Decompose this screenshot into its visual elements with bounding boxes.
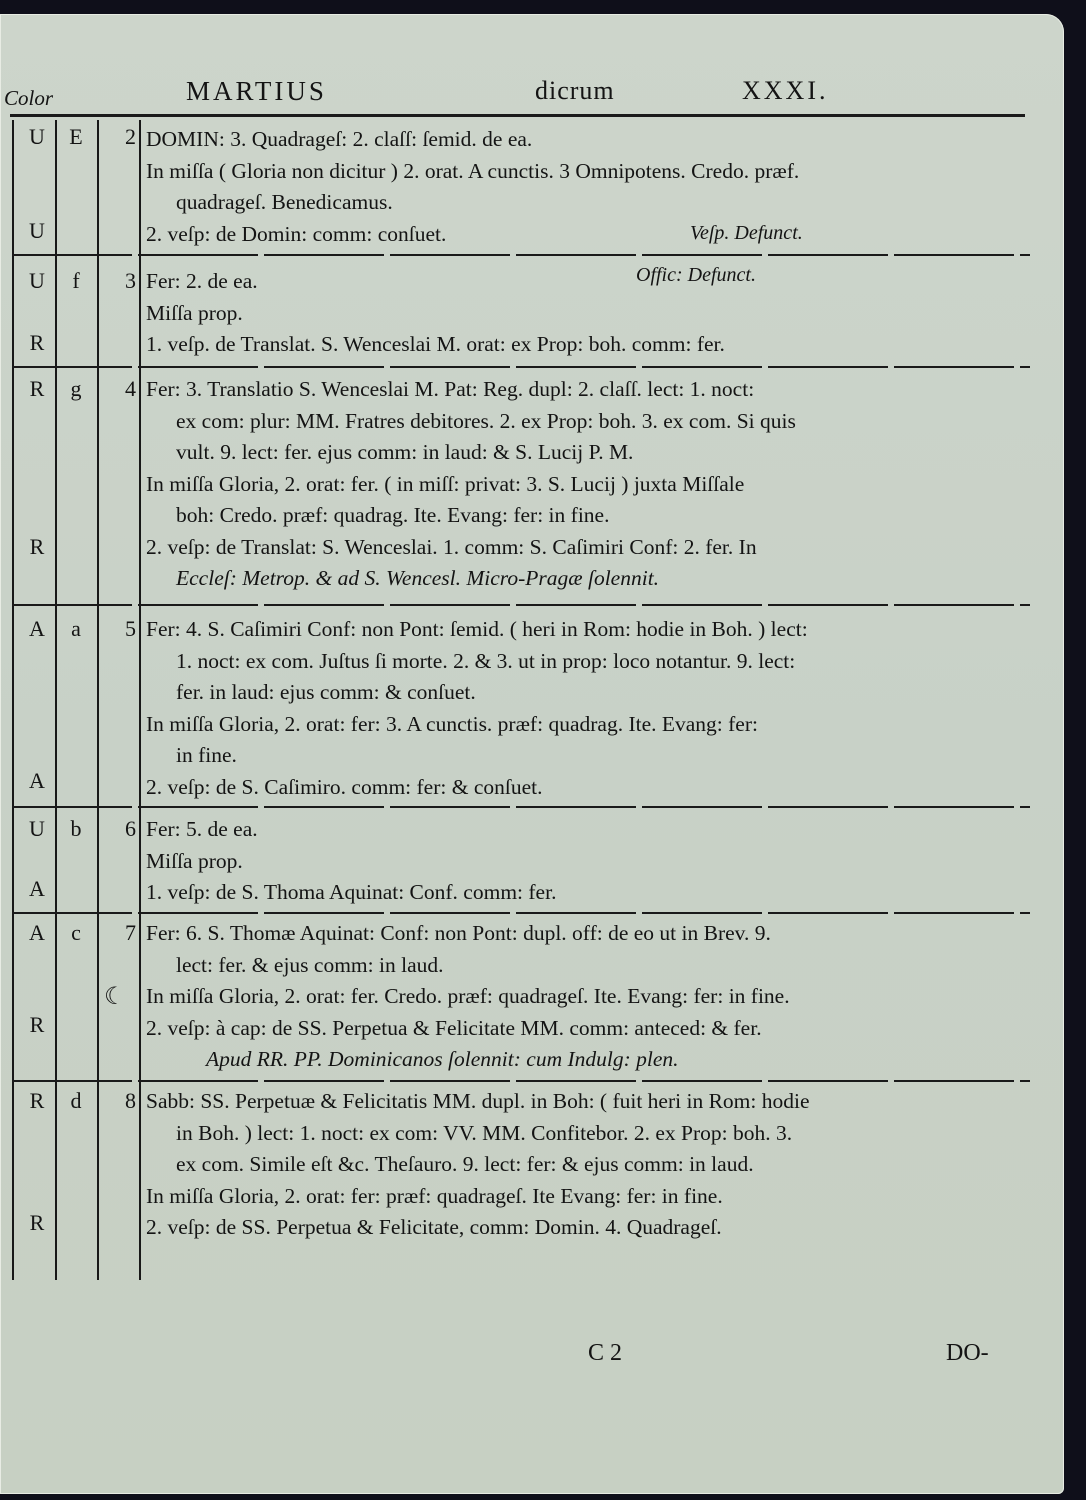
entry-line: Apud RR. PP. Dominicanos ſolennit: cum I…: [146, 1044, 1016, 1076]
entry-text: DOMIN: 3. Quadrageſ: 2. claſſ: ſemid. de…: [146, 124, 1016, 250]
calendar-entry: A a 5 A Fer: 4. S. Caſimiri Conf: non Po…: [0, 604, 1030, 804]
entry-text: Fer: 4. S. Caſimiri Conf: non Pont: ſemi…: [146, 614, 1016, 803]
liturgical-color-bottom: A: [20, 876, 54, 902]
row-divider: [12, 806, 1030, 808]
entry-line: Fer: 3. Translatio S. Wenceslai M. Pat: …: [146, 374, 1016, 406]
entry-line: 2. veſp: à cap: de SS. Perpetua & Felici…: [146, 1013, 1016, 1045]
entry-line: In miſſa Gloria, 2. orat: fer. Credo. pr…: [146, 981, 1016, 1013]
entry-line: 2. veſp: de SS. Perpetua & Felicitate, c…: [146, 1212, 1016, 1244]
day-count: XXXI.: [742, 76, 829, 106]
row-divider: [12, 1080, 1030, 1082]
entry-line: In miſſa Gloria, 2. orat: fer: 3. A cunc…: [146, 709, 1016, 741]
liturgical-color-bottom: U: [20, 218, 54, 244]
margin-note: Veſp. Defunct.: [690, 222, 803, 245]
entry-text: Fer: 6. S. Thomæ Aquinat: Conf: non Pont…: [146, 918, 1016, 1076]
margin-note: Offic: Defunct.: [636, 264, 756, 287]
entry-line: 1. noct: ex com. Juſtus ſi morte. 2. & 3…: [146, 646, 1016, 678]
entry-line: in Boh. ) lect: 1. noct: ex com: VV. MM.…: [146, 1118, 1016, 1150]
entry-line: ex com: plur: MM. Fratres debitores. 2. …: [146, 406, 1016, 438]
entry-line: fer. in laud: ejus comm: & conſuet.: [146, 677, 1016, 709]
entry-line: 2. veſp: de Domin: comm: conſuet.: [146, 219, 1016, 251]
dominical-letter: d: [57, 1088, 95, 1114]
book-page: Color MARTIUS dicrum XXXI. U E 2 U DOMIN…: [0, 14, 1064, 1494]
dominical-letter: g: [57, 376, 95, 402]
day-number: 2: [100, 124, 136, 150]
entry-line: boh: Credo. præf: quadrag. Ite. Evang: f…: [146, 500, 1016, 532]
entry-line: Fer: 2. de ea.: [146, 266, 1016, 298]
color-column-label: Color: [4, 86, 53, 111]
dominical-letter: a: [57, 616, 95, 642]
row-divider: [12, 912, 1030, 914]
liturgical-color-top: A: [20, 920, 54, 946]
calendar-entry: U E 2 U DOMIN: 3. Quadrageſ: 2. claſſ: ſ…: [0, 120, 1030, 252]
entry-line: Miſſa prop.: [146, 298, 1016, 330]
liturgical-color-bottom: R: [20, 534, 54, 560]
entry-line: Fer: 5. de ea.: [146, 814, 1016, 846]
entry-line: 1. veſp. de Translat. S. Wenceslai M. or…: [146, 329, 1016, 361]
entry-text: Fer: 3. Translatio S. Wenceslai M. Pat: …: [146, 374, 1016, 595]
liturgical-color-top: U: [20, 268, 54, 294]
page-header: Color MARTIUS dicrum XXXI.: [0, 76, 1030, 116]
liturgical-color-top: R: [20, 1088, 54, 1114]
day-number: 3: [100, 268, 136, 294]
day-number: 8: [100, 1088, 136, 1114]
row-divider: [12, 366, 1030, 368]
entry-line: Fer: 6. S. Thomæ Aquinat: Conf: non Pont…: [146, 918, 1016, 950]
entry-line: In miſſa ( Gloria non dicitur ) 2. orat.…: [146, 156, 1016, 188]
entry-line: lect: fer. & ejus comm: in laud.: [146, 950, 1016, 982]
entry-line: In miſſa Gloria, 2. orat: fer: præf: qua…: [146, 1181, 1016, 1213]
entry-line: In miſſa Gloria, 2. orat: fer. ( in miſſ…: [146, 469, 1016, 501]
entry-line: in fine.: [146, 740, 1016, 772]
liturgical-color-bottom: R: [20, 1012, 54, 1038]
day-number: 5: [100, 616, 136, 642]
dominical-letter: E: [57, 124, 95, 150]
entry-text: Fer: 2. de ea. Miſſa prop. 1. veſp. de T…: [146, 266, 1016, 361]
header-rule: [10, 114, 1025, 117]
entry-line: vult. 9. lect: fer. ejus comm: in laud: …: [146, 437, 1016, 469]
calendar-entry: R g 4 R Fer: 3. Translatio S. Wenceslai …: [0, 366, 1030, 602]
entry-text: Fer: 5. de ea. Miſſa prop. 1. veſp: de S…: [146, 814, 1016, 909]
liturgical-color-bottom: A: [20, 768, 54, 794]
moon-phase-icon: ☾: [104, 982, 126, 1011]
entry-line: quadrageſ. Benedicamus.: [146, 187, 1016, 219]
liturgical-color-top: A: [20, 616, 54, 642]
entry-line: 2. veſp: de S. Caſimiro. comm: fer: & co…: [146, 772, 1016, 804]
catchword: DO-: [946, 1340, 989, 1367]
entry-line: 1. veſp: de S. Thoma Aquinat: Conf. comm…: [146, 877, 1016, 909]
liturgical-color-bottom: R: [20, 330, 54, 356]
calendar-entry: R d 8 R Sabb: SS. Perpetuæ & Felicitatis…: [0, 1080, 1030, 1260]
dicrum-label: dicrum: [535, 76, 615, 106]
liturgical-color-top: U: [20, 816, 54, 842]
liturgical-color-top: R: [20, 376, 54, 402]
month-title: MARTIUS: [186, 76, 327, 107]
row-divider: [12, 604, 1030, 606]
day-number: 7: [100, 920, 136, 946]
calendar-entry: A c 7 ☾ R Fer: 6. S. Thomæ Aquinat: Conf…: [0, 912, 1030, 1078]
calendar-entry: U b 6 A Fer: 5. de ea. Miſſa prop. 1. ve…: [0, 806, 1030, 910]
entry-line: ex com. Simile eſt &c. Theſauro. 9. lect…: [146, 1149, 1016, 1181]
entry-line: DOMIN: 3. Quadrageſ: 2. claſſ: ſemid. de…: [146, 124, 1016, 156]
dominical-letter: b: [57, 816, 95, 842]
dominical-letter: f: [57, 268, 95, 294]
entry-line: Fer: 4. S. Caſimiri Conf: non Pont: ſemi…: [146, 614, 1016, 646]
entry-line: Eccleſ: Metrop. & ad S. Wencesl. Micro-P…: [146, 563, 1016, 595]
row-divider: [12, 254, 1030, 256]
day-number: 6: [100, 816, 136, 842]
entry-line: Sabb: SS. Perpetuæ & Felicitatis MM. dup…: [146, 1086, 1016, 1118]
entry-line: Miſſa prop.: [146, 846, 1016, 878]
dominical-letter: c: [57, 920, 95, 946]
day-number: 4: [100, 376, 136, 402]
signature-mark: C 2: [588, 1340, 622, 1367]
calendar-entry: U f 3 R Fer: 2. de ea. Miſſa prop. 1. ve…: [0, 254, 1030, 364]
entry-line: 2. veſp: de Translat: S. Wenceslai. 1. c…: [146, 532, 1016, 564]
entry-text: Sabb: SS. Perpetuæ & Felicitatis MM. dup…: [146, 1086, 1016, 1244]
liturgical-color-top: U: [20, 124, 54, 150]
liturgical-color-bottom: R: [20, 1210, 54, 1236]
